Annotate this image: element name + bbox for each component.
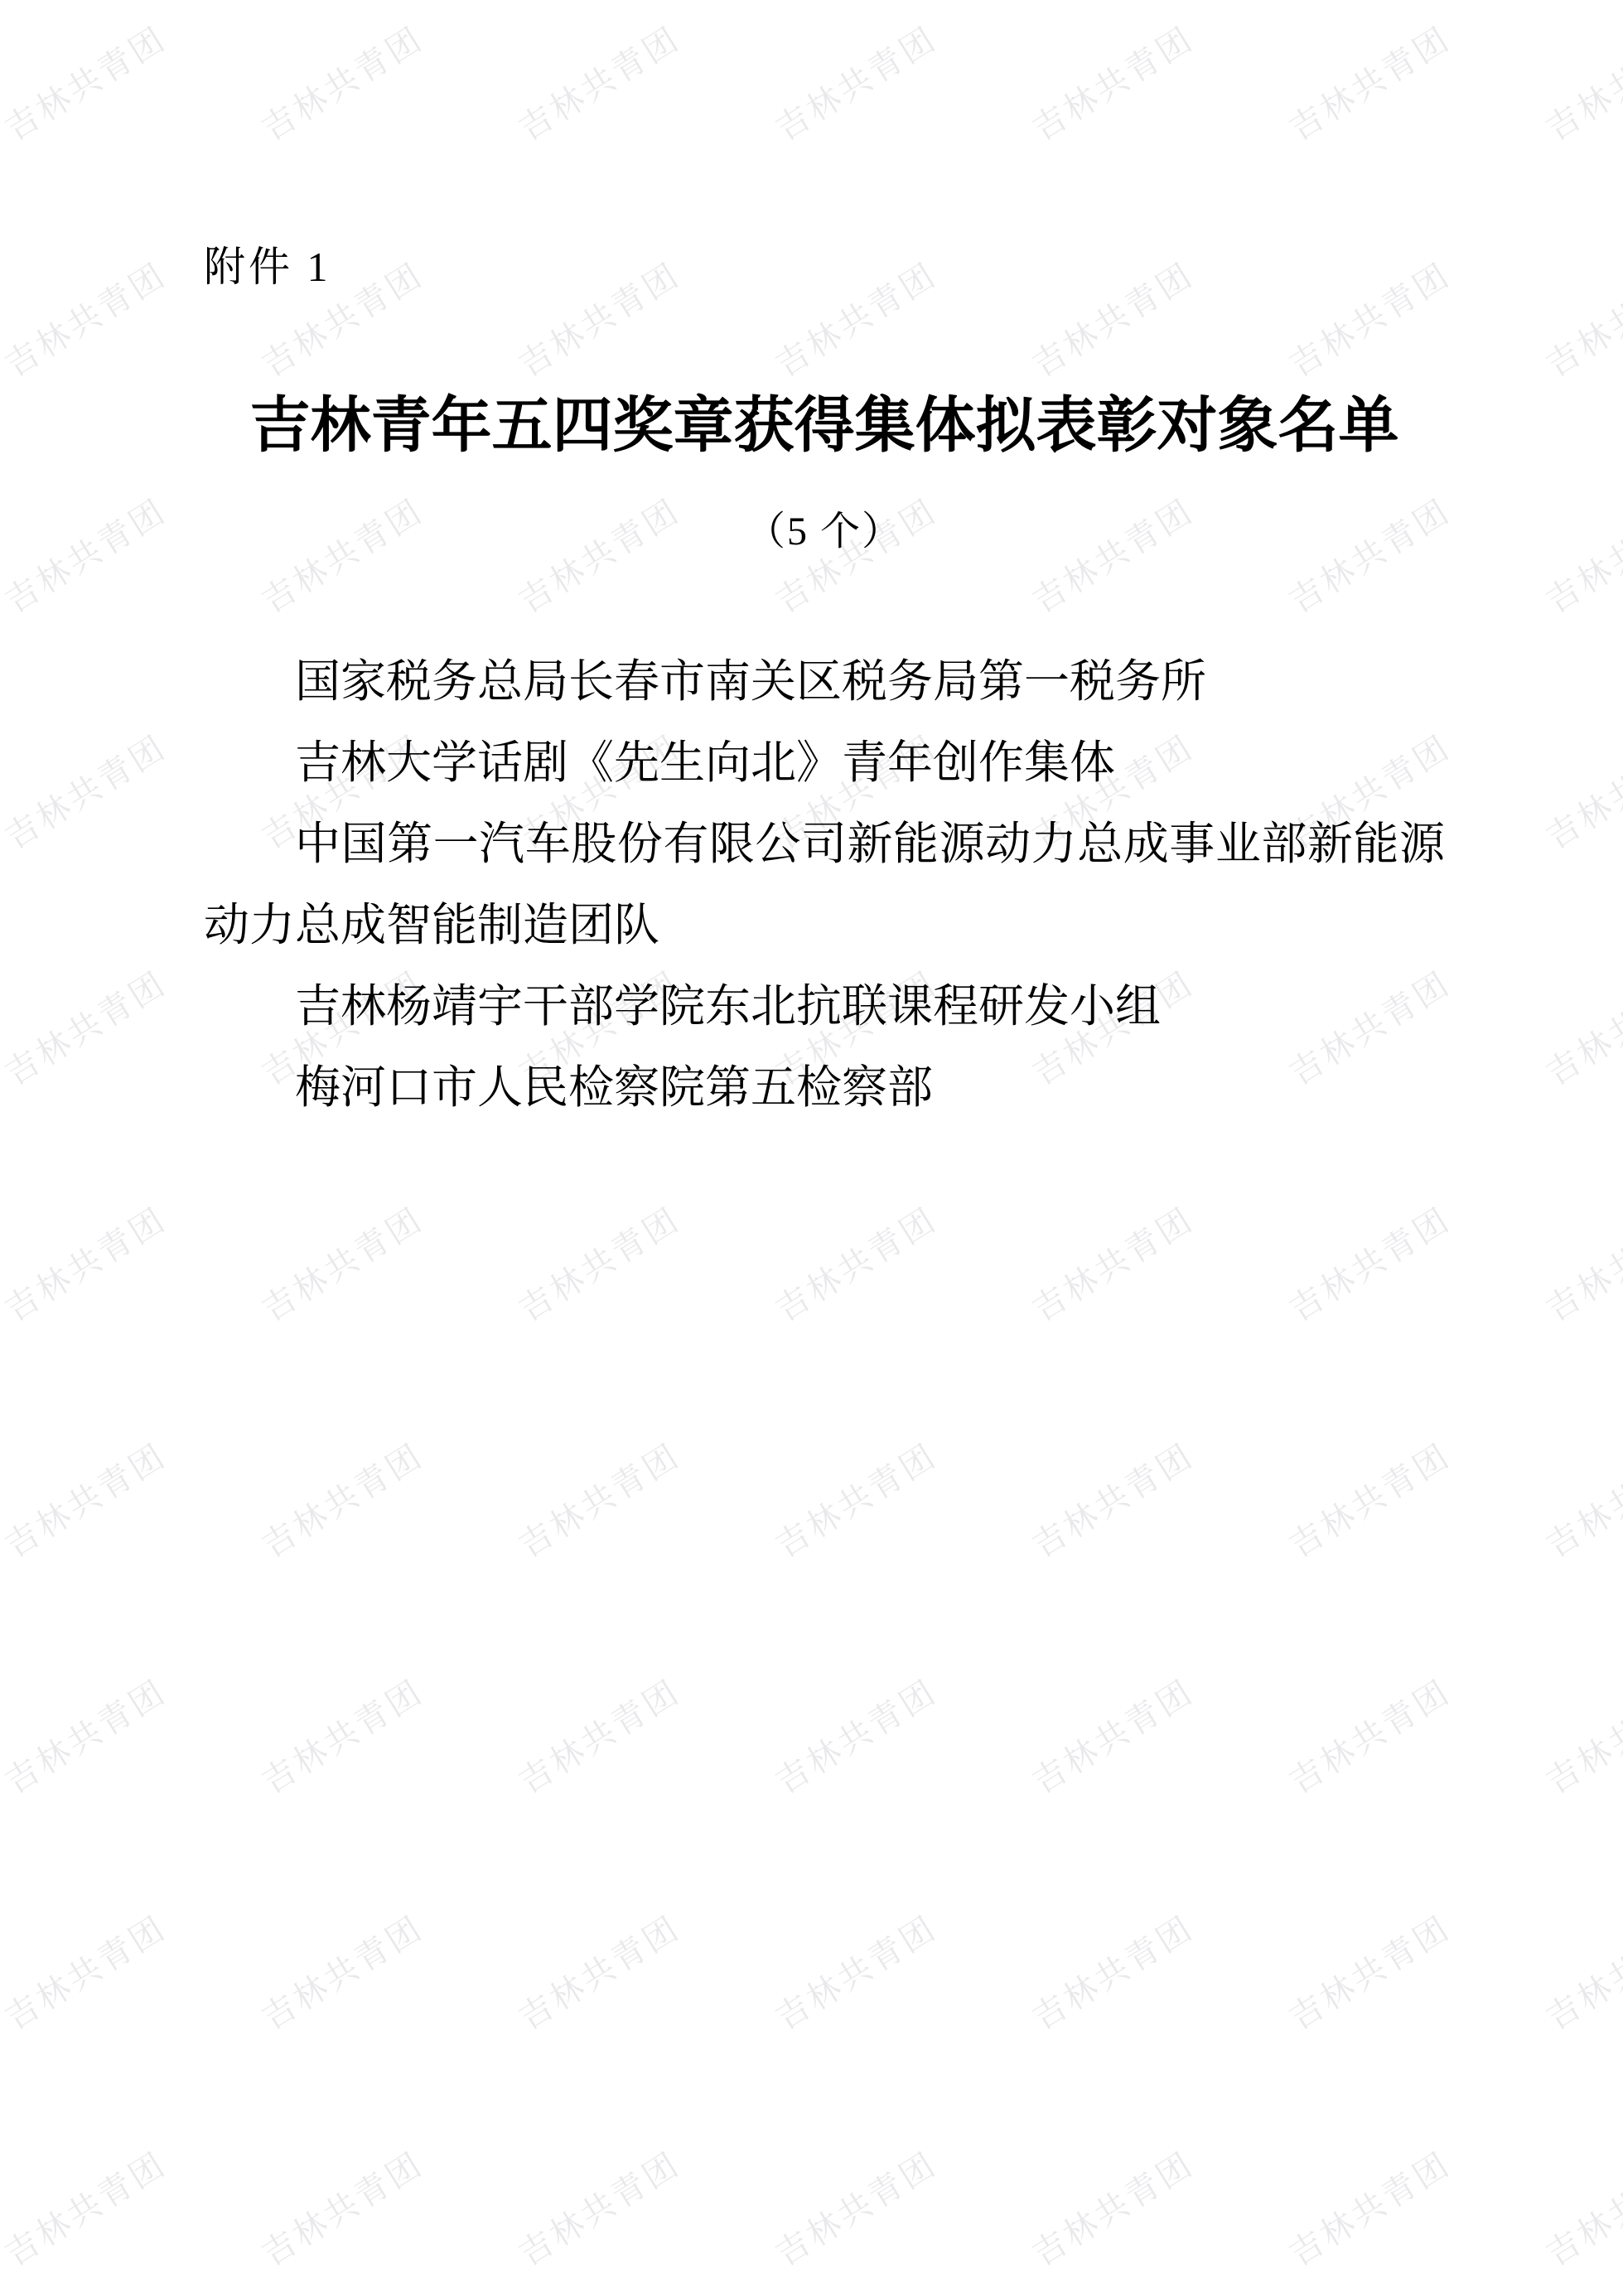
list-item: 中国第一汽车股份有限公司新能源动力总成事业部新能源动力总成智能制造团队 [204,804,1445,966]
count-note: （5 个） [204,505,1445,558]
document-page: 吉林共青团吉林共青团吉林共青团吉林共青团吉林共青团吉林共青团吉林共青团吉林共青团… [0,0,1623,2296]
attachment-label: 附件 1 [204,242,331,292]
list-item: 梅河口市人民检察院第五检察部 [204,1047,1445,1129]
list-item: 吉林大学话剧《先生向北》青年创作集体 [204,723,1445,804]
document-title: 吉林青年五四奖章获得集体拟表彰对象名单 [204,388,1445,464]
list-item: 吉林杨靖宇干部学院东北抗联课程研发小组 [204,966,1445,1047]
awardee-list: 国家税务总局长春市南关区税务局第一税务所 吉林大学话剧《先生向北》青年创作集体 … [204,641,1445,1129]
document-content: 附件 1 吉林青年五四奖章获得集体拟表彰对象名单 （5 个） 国家税务总局长春市… [0,0,1623,2296]
list-item: 国家税务总局长春市南关区税务局第一税务所 [204,641,1445,723]
